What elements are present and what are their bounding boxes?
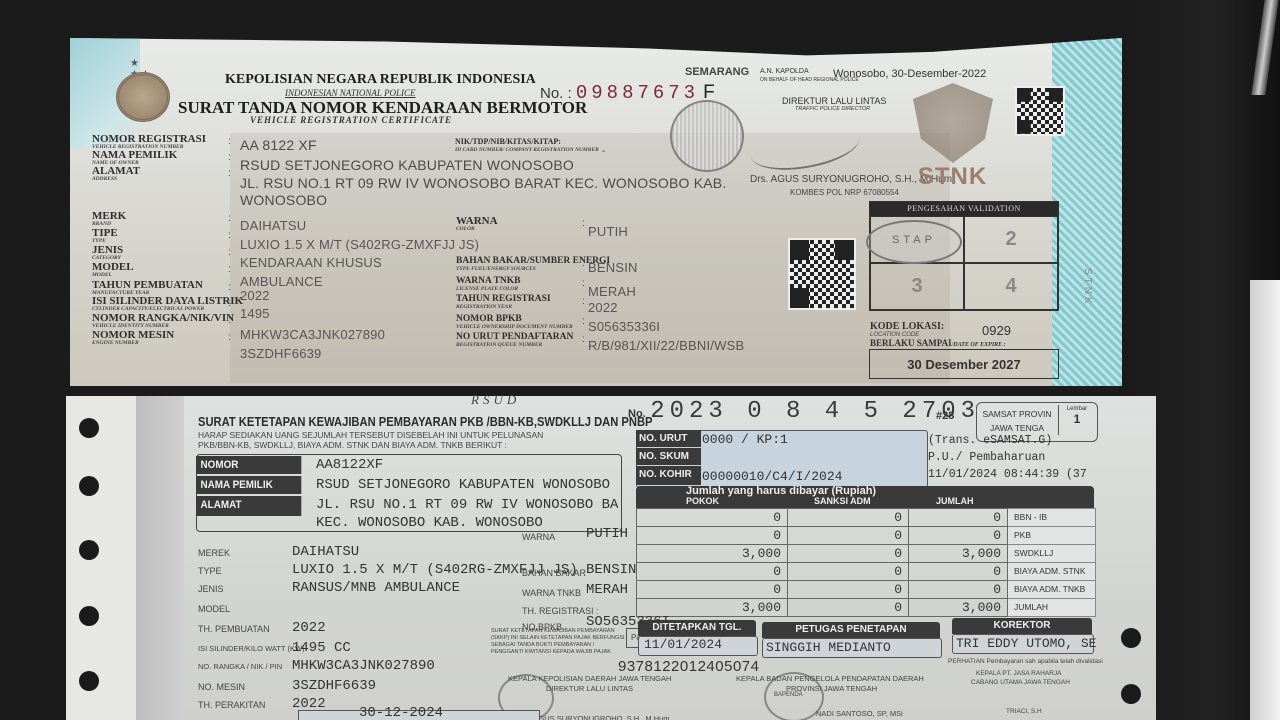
no-skum-label: NO. SKUM [636,448,701,465]
colon: : [228,332,231,343]
legal-note: SURAT KETETAPAN KEWAJIBAN PEMBAYARAN (SK… [491,628,626,656]
skkp-tax-slip: RSUD SURAT KETETAPAN KEWAJIBAN PEMBAYARA… [66,396,1156,720]
nik-value: - [602,146,605,157]
stnk-logo-icon: STNK [905,83,1000,193]
director-title-en: TRAFFIC POLICE DIRECTOR [795,106,870,112]
slip-title: SURAT KETETAPAN KEWAJIBAN PEMBAYARAN PKB… [198,414,652,429]
payment-sanksi: 0 [788,509,909,527]
owner-name-label: NAMA PEMILIK [196,476,301,494]
stnk-field-label: NOMOR BPKBVEHICLE OWNERSHIP DOCUMENT NUM… [456,314,573,330]
reg-number-value: AA8122XF [316,457,383,473]
stnk-field-label: NO URUT PENDAFTARANREGISTRATION QUEUE NU… [456,332,573,348]
colon: : [228,247,231,258]
perforation-hole [1121,684,1141,704]
stnk-certificate: ★★★ KEPOLISIAN NEGARA REPUBLIK INDONESIA… [70,38,1122,386]
payment-jumlah: 0 [909,527,1008,545]
expire-label: BERLAKU SAMPAI/DATE OF EXPIRE : [870,338,1006,348]
stnk-field-label: MERKBRAND [92,211,126,227]
transaction-purpose: P.U./ Pembaharuan [928,451,1045,464]
no-urut-label: NO. URUT [636,430,701,447]
slip-number: No. 2023 0 8 4 5 2703 [628,398,980,425]
perforation-hole [79,671,99,691]
corrector-name: TRI EDDY UTOMO, SE [956,636,1096,651]
payment-sanksi: 0 [788,563,909,581]
stnk-field-value: KENDARAAN KHUSUS [240,255,382,270]
stnk-field-label: TAHUN PEMBUATANMANUFACTURE YEAR [92,280,203,296]
vehicle-field-label: MODEL [198,604,230,614]
colon: : [582,218,585,229]
payment-label: BBN - IB [1008,509,1096,527]
payment-label: JUMLAH [1008,599,1096,617]
director-title: DIREKTUR LALU LINTAS [782,96,886,106]
slip-shadow-band [136,396,184,720]
perforated-edge [66,396,136,720]
nik-label: NIK/TDP/NIB/KITAS/KITAP:ID CARD NUMBER/ … [455,137,599,153]
colon: : [228,136,231,147]
validation-box: PENGESAHAN VALIDATION 2 3 4 STAP [869,201,1059,311]
bapenda-sign-name: NADI SANTOSO, SP, MSi [816,709,903,718]
official-rank-nrp: KOMBES POL NRP 67080554 [790,188,899,197]
perforation-hole [79,418,99,438]
stnk-field-value: 2022 [588,300,618,315]
colon: : [582,316,585,327]
expire-date: 30 Desember 2027 [869,349,1059,379]
colon: : [228,152,231,163]
vehicle-field-label: TH. PEMBUATAN [198,624,270,634]
stnk-field-label: NOMOR MESINENGINE NUMBER [92,330,174,346]
payment-row: 000BBN - IB [637,509,1096,527]
vehicle-field-value: BENSIN [586,562,636,578]
stnk-field-value: 2022 [240,288,270,303]
payment-row: 000BIAYA ADM. STNK [637,563,1096,581]
footer-date: 30-12-2024 [359,705,443,720]
perforation-hole [79,540,99,560]
stnk-field-value: AMBULANCE [240,274,323,289]
stnk-field-label: ISI SILINDER DAYA LISTRIKCYLINDER CAPACI… [92,296,243,312]
stnk-field-value: AA 8122 XF [240,137,317,153]
stnk-field-label: TAHUN REGISTRASIREGISTRATION YEAR [456,294,551,310]
vehicle-field-label: NO. RANGKA / NIK / PIN [198,662,282,671]
vehicle-field-label: TYPE [198,566,222,576]
no-kohir-label: NO. KOHIR [636,466,701,485]
vehicle-field-value: 2022 [292,620,326,636]
no-kohir-value: 00000010/C4/I/2024 [702,469,842,484]
payment-row: 3,00003,000JUMLAH [637,599,1096,617]
colon: : [582,334,585,345]
stnk-field-label: NOMOR RANGKA/NIK/VINVEHICLE IDENTITY NUM… [92,313,234,329]
stnk-field-label: JENISCATEGORY [92,245,123,261]
lembar-box: Lembar1 [1058,405,1095,435]
vehicle-field-value: PUTIH [586,526,628,542]
address-label: ALAMAT [196,496,301,516]
qr-code-icon [788,238,856,310]
header-pokok: POKOK [686,496,719,506]
vehicle-field-label: JENIS [198,584,224,594]
validation-cell-3: 3 [870,263,964,310]
transaction-type: (Trans. eSAMSAT.G) [928,434,1052,447]
institution-name: KEPOLISIAN NEGARA REPUBLIK INDONESIA [225,72,536,88]
stnk-field-label: WARNACOLOR [456,216,498,232]
colon: : [582,258,585,269]
perforation-hole [1121,628,1141,648]
issue-city: SEMARANG [685,66,749,78]
payment-table: Jumlah yang harus dibayar (Rupiah) POKOK… [636,486,1096,617]
vehicle-field-value: MHKW3CA3JNK027890 [292,658,435,674]
vehicle-field-label: BAHAN BAKAR [522,568,586,578]
payment-row: 3,00003,000SWDKLLJ [637,545,1096,563]
header-sanksi: SANKSI ADM [814,496,871,506]
validation-header: PENGESAHAN VALIDATION [870,202,1058,216]
background-strap [1251,0,1278,95]
stnk-field-value: MERAH [588,284,636,299]
stnk-field-value: S05635336I [588,319,660,334]
stnk-field-value: LUXIO 1.5 X M/T (S402RG-ZMXFJJ JS) [240,237,479,252]
validation-stamp: STAP [866,220,962,264]
bapenda-stamp-text: BAPENDA [774,692,803,698]
payment-pokok: 0 [637,509,788,527]
perforation-hole [79,476,99,496]
vehicle-field-label: MEREK [198,548,230,558]
stnk-field-value: WONOSOBO [240,192,327,208]
assessed-date-label: DITETAPKAN TGL. [638,620,756,636]
reg-number-label: NOMOR REGISTRASI [196,456,301,474]
no-urut-value: 0000 / KP:1 [702,432,788,447]
payment-sanksi: 0 [788,545,909,563]
stnk-field-value: PUTIH [588,224,628,239]
payment-pokok: 0 [637,581,788,599]
owner-name-value: RSUD SETJONEGORO KABUPATEN WONOSOBO [316,477,618,493]
transaction-timestamp: 11/01/2024 08:44:39 (37 [928,468,1087,481]
stnk-field-value: 3SZDHF6639 [240,346,321,361]
background-paper-edge [1250,280,1280,720]
validation-cell-2: 2 [964,216,1058,263]
payment-jumlah: 0 [909,581,1008,599]
footer-date-box: 30-12-2024 [298,710,540,720]
stnk-field-label: ALAMATADDRESS [92,166,140,182]
jasa-raharja-note: PERHATIAN Pembayaran sah apabila telah d… [948,658,1103,665]
location-code-value: 0929 [982,323,1011,338]
location-code: KODE LOKASI: LOCATION CODE 0929 [870,321,944,338]
colon: : [228,282,231,293]
colon: : [228,298,231,309]
payment-label: SWDKLLJ [1008,545,1096,563]
jasa-raharja-name: TRIACI, S.H [1006,708,1042,715]
corrector-label: KOREKTOR [952,618,1092,634]
payment-label: PKB [1008,527,1096,545]
address-value-line2: KEC. WONOSOBO KAB. WONOSOBO [316,515,543,531]
bapenda-sign-title: KEPALA BADAN PENGELOLA PENDAPATAN DAERAH [736,674,924,683]
vehicle-field-value: DAIHATSU [292,544,359,560]
stnk-field-value: BENSIN [588,260,638,275]
header-jumlah: JUMLAH [936,496,974,506]
stnk-field-value: R/B/981/XII/22/BBNI/WSB [588,338,744,353]
issue-place-date: Wonosobo, 30-Desember-2022 [833,68,986,80]
officer-label: PETUGAS PENETAPAN [762,622,940,638]
vehicle-field-label: WARNA [522,532,555,542]
stnk-field-value: 1495 [240,306,270,321]
stnk-field-value: JL. RSU NO.1 RT 09 RW IV WONOSOBO BARAT … [240,175,726,191]
jasa-raharja-title: KEPALA PT. JASA RAHARJA [976,670,1062,677]
assessed-date: 11/01/2024 [644,637,722,652]
payment-label: BIAYA ADM. STNK [1008,563,1096,581]
validation-cell-4: 4 [964,263,1058,310]
officer-name: SINGGIH MEDIANTO [766,640,891,655]
payment-pokok: 0 [637,527,788,545]
colon: : [228,264,231,275]
vehicle-field-value: 1495 CC [292,640,351,656]
colon: : [228,315,231,326]
stnk-field-label: NAMA PEMILIKNAME OF OWNER [92,150,177,166]
vehicle-field-label: NO. MESIN [198,682,245,692]
address-value: JL. RSU NO.1 RT 09 RW IV WONOSOBO BARAT [316,497,618,513]
jasa-raharja-subtitle: CABANG UTAMA JAWA TENGAH [971,679,1070,686]
stnk-field-label: MODELMODEL [92,262,134,278]
payment-jumlah: 3,000 [909,545,1008,563]
side-stnk-mark: STNK [1082,268,1093,307]
colon: : [228,230,231,241]
stnk-field-value: MHKW3CA3JNK027890 [240,327,385,342]
stnk-field-value: DAIHATSU [240,218,306,233]
stnk-field-label: NOMOR REGISTRASIVEHICLE REGISTRATION NUM… [92,134,206,150]
document-number-label: No. : [540,85,572,102]
vehicle-field-label: ISI SILINDER/KILO WATT (KW) [198,644,305,653]
colon: : [582,296,585,307]
vehicle-field-label: WARNA TNKB [522,588,581,598]
payment-label: BIAYA ADM. TNKB [1008,581,1096,599]
payment-row: 000BIAYA ADM. TNKB [637,581,1096,599]
vehicle-field-value: MERAH [586,582,628,598]
handwritten-note: RSUD [471,392,520,408]
colon: : [228,213,231,224]
official-stamp-icon [670,100,744,172]
police-emblem-icon: ★★★ [108,58,178,118]
police-sign-subtitle: DIREKTUR LALU LINTAS [546,684,633,693]
document-title-en: VEHICLE REGISTRATION CERTIFICATE [250,115,452,125]
vehicle-field-value: 3SZDHF6639 [292,678,376,694]
payment-sanksi: 0 [788,581,909,599]
institution-name-en: INDONESIAN NATIONAL POLICE [285,88,416,98]
stnk-field-label: TIPETYPE [92,228,118,244]
payment-pokok: 3,000 [637,545,788,563]
payment-jumlah: 0 [909,509,1008,527]
stnk-field-label: WARNA TNKBLICENSE PLATE COLOR [456,276,521,292]
stnk-field-value: RSUD SETJONEGORO KABUPATEN WONOSOBO [240,157,590,173]
payment-jumlah: 3,000 [909,599,1008,617]
barcode-number: 9378122012405074 [618,658,759,675]
slip-hash: #28 [936,410,954,422]
vehicle-field-label: TH. PERAKITAN [198,700,265,710]
colon: : [582,278,585,289]
document-number-value: 09887673 [576,82,699,104]
document-number: No. : 09887673F [540,82,715,104]
payment-row: 000PKB [637,527,1096,545]
slip-subtitle: HARAP SEDIAKAN UANG SEJUMLAH TERSEBUT DI… [198,430,543,450]
vehicle-field-value: RANSUS/MNB AMBULANCE [292,580,460,596]
perforation-hole [79,606,99,626]
colon: : [228,168,231,179]
payment-pokok: 0 [637,563,788,581]
payment-sanksi: 0 [788,527,909,545]
qr-code-icon [1015,86,1065,136]
payment-sanksi: 0 [788,599,909,617]
payment-jumlah: 0 [909,563,1008,581]
